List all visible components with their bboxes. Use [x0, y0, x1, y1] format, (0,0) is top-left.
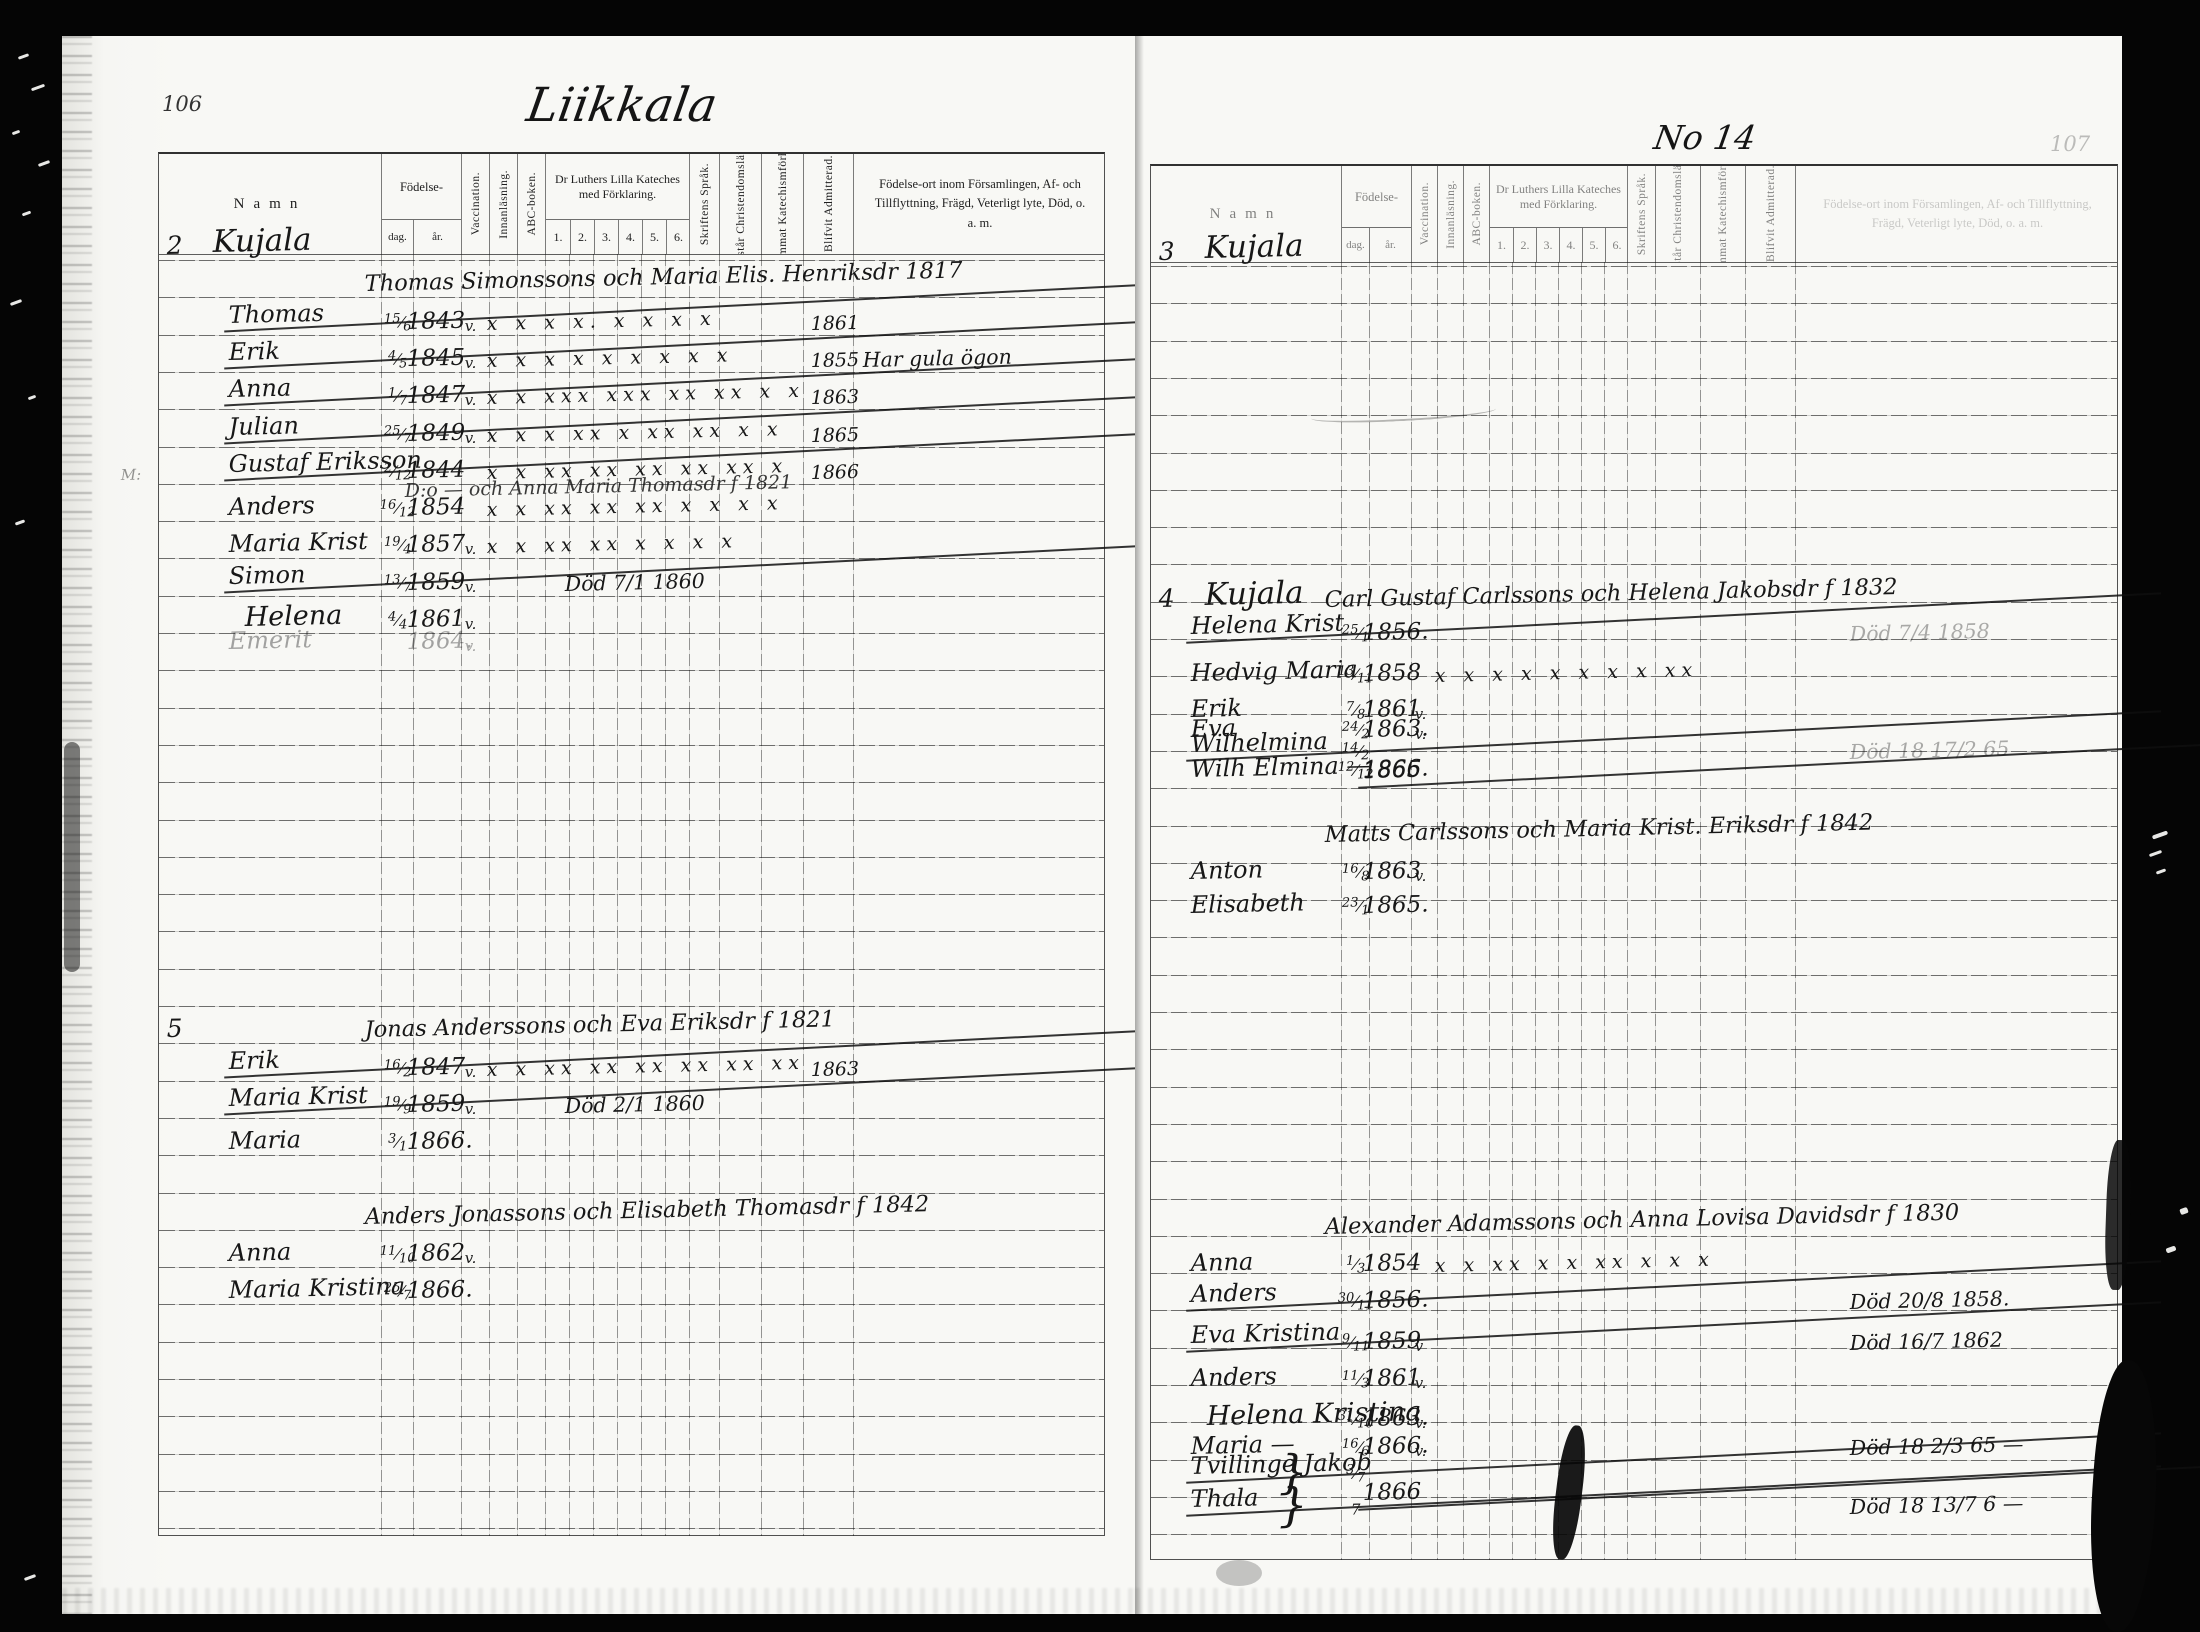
register-entry: Anders16⁄121854x x xx xx xx x x x x: [159, 488, 1104, 522]
register-entry: Anders Jonassons och Elisabeth Thomasdr …: [159, 1197, 1104, 1231]
ruled-line: [1151, 788, 2117, 789]
household-name: Kujala: [1204, 228, 1304, 266]
family-head-line: Anders Jonassons och Elisabeth Thomasdr …: [364, 1191, 929, 1230]
margin-speck: [12, 130, 21, 136]
birth-year: 1847: [406, 382, 465, 409]
entry-name: Hedvig Maria: [1190, 656, 1358, 688]
ruled-line: [1151, 1124, 2117, 1125]
ruled-line: [159, 708, 1104, 709]
household-number: 3: [1158, 237, 1175, 266]
register-entry: Elisabeth23⁄11865.: [1151, 886, 2117, 920]
margin-speck: [2156, 868, 2166, 874]
margin-speck: [22, 211, 31, 217]
vaccination-mark: v.: [465, 1249, 477, 1267]
ruled-line: [1151, 1012, 2117, 1013]
birth-day: 7: [1336, 1500, 1376, 1519]
household-number: 4: [1158, 584, 1175, 613]
ruled-line: [159, 969, 1104, 970]
ruled-line: [1151, 341, 2117, 342]
death-note: Död 2/1 1860: [564, 1091, 705, 1118]
margin-speck: [2149, 850, 2162, 857]
ruled-line: [159, 782, 1104, 783]
register-entry: Anna11⁄101862v.: [159, 1234, 1104, 1268]
ruled-line: [1151, 1161, 2117, 1162]
register-entry: 3Kujala: [1151, 233, 2117, 267]
register-entry: Hedvig Maria13⁄111858x x x x x x x x xx: [1151, 654, 2117, 688]
register-entry: Wilh Elmina —12⁄121866.: [1151, 750, 2117, 784]
ruled-line: [159, 670, 1104, 671]
entry-name: Anton: [1190, 856, 1263, 886]
birth-year: 1847: [406, 1053, 465, 1080]
birth-year: 1866.: [1362, 755, 1428, 782]
ruled-line: [159, 1528, 1104, 1529]
birth-year: 1866.: [406, 1128, 472, 1155]
birth-year: 1854: [1362, 1250, 1421, 1277]
scanned-parish-register-spread: 106 Liikkala NamnFödelse-dag.år.Vaccinat…: [0, 0, 2200, 1632]
catechism-marks: x x x x x x x x xx: [1435, 660, 1699, 688]
vaccination-mark: v.: [465, 637, 477, 655]
scan-noise: [1135, 1588, 2122, 1614]
margin-speck: [38, 160, 50, 167]
page-gutter-shadow: [1135, 36, 1144, 1614]
ruled-line: [1151, 1087, 2117, 1088]
ruled-line: [159, 1342, 1104, 1343]
birth-year: 1856.: [1362, 619, 1428, 646]
vaccination-mark: v.: [1415, 867, 1427, 885]
ruled-line: [159, 1006, 1104, 1007]
left-page-number: 106: [162, 92, 202, 116]
household-number: 2: [166, 231, 183, 260]
birth-year: 1859: [1362, 1328, 1421, 1355]
entry-name: Maria: [228, 1126, 301, 1156]
register-entry: Anton16⁄81863v.: [1151, 852, 2117, 886]
birth-year: 1854: [406, 494, 465, 521]
left-page: 106 Liikkala NamnFödelse-dag.år.Vaccinat…: [62, 36, 1135, 1614]
household-number: 5: [166, 1014, 183, 1043]
left-page-title: Liikkala: [418, 78, 827, 133]
ruled-line: [159, 1454, 1104, 1455]
margin-speck: [18, 53, 29, 60]
birth-year: 1864.: [406, 628, 472, 655]
entry-name: Anders: [1190, 1363, 1277, 1393]
household-name: Kujala: [212, 222, 312, 260]
vaccination-mark: v: [1415, 1337, 1424, 1355]
register-entry: Emerit1864.v.: [159, 622, 1104, 656]
ruled-line: [159, 1491, 1104, 1492]
entry-name: Anna: [1190, 1247, 1253, 1276]
ruled-line: [159, 745, 1104, 746]
death-note: Död 16/7 1862: [1849, 1328, 2003, 1355]
right-page-number: 107: [2050, 132, 2090, 156]
register-entry: Matts Carlssons och Maria Krist. Eriksdr…: [1151, 815, 2117, 849]
death-note: Död 18 13/7 6 —: [1849, 1491, 2023, 1519]
ruled-line: [159, 1193, 1104, 1194]
ruled-line: [159, 894, 1104, 895]
birth-year: 1865.: [1362, 891, 1428, 918]
register-entry: Maria Krist19⁄91859v.Död 2/1 1860: [159, 1085, 1104, 1119]
ruled-line: [159, 820, 1104, 821]
vaccination-mark: v.: [1415, 1374, 1427, 1392]
ruled-line: [1151, 1199, 2117, 1200]
ruled-line: [1151, 1534, 2117, 1535]
birth-year: 1859: [406, 1091, 465, 1118]
register-entry: 2Kujala: [159, 227, 1104, 261]
entry-name: Elisabeth: [1190, 888, 1305, 919]
ruled-line: [1151, 975, 2117, 976]
ruled-line: [1151, 527, 2117, 528]
register-entry: Anders11⁄31861v.: [1151, 1359, 2117, 1393]
family-head-line: Alexander Adamssons och Anna Lovisa Davi…: [1324, 1199, 1959, 1239]
vaccination-mark: v.: [465, 577, 477, 595]
entry-name: Maria Krist: [228, 527, 368, 558]
birth-year: 1845: [406, 345, 465, 372]
ink-blob: [64, 742, 80, 972]
birth-year: 1866.: [406, 1277, 472, 1304]
margin-speck: [15, 519, 25, 525]
catechism-marks: x x xx xx xx x x x x: [487, 492, 784, 521]
register-entry: Helena Krist25⁄11856.Död 7/4 1858: [1151, 613, 2117, 647]
ruled-line: [1151, 303, 2117, 304]
entry-name: Emerit: [228, 625, 312, 655]
margin-speck: [2179, 1207, 2189, 1215]
register-entry: Simon13⁄71859v.Död 7/1 1860: [159, 563, 1104, 597]
death-note: Död 7/1 1860: [564, 569, 705, 596]
ruled-line: [159, 931, 1104, 932]
ruled-line: [1151, 564, 2117, 565]
birth-year: 1857: [406, 531, 465, 558]
right-page: 107 No 14 NamnFödelse-dag.år.Vaccination…: [1135, 36, 2122, 1614]
ruled-line: [1151, 1049, 2117, 1050]
register-entry: Alexander Adamssons och Anna Lovisa Davi…: [1151, 1207, 2117, 1241]
ruled-line: [159, 1379, 1104, 1380]
ruled-line: [159, 857, 1104, 858]
household-name: Kujala: [1204, 575, 1304, 613]
family-head-line: Matts Carlssons och Maria Krist. Eriksdr…: [1324, 809, 1873, 847]
birth-year: 1843: [406, 307, 465, 334]
register-entry: Maria3⁄11866.: [159, 1122, 1104, 1156]
scan-noise: [62, 1588, 1135, 1614]
birth-year: 1861: [1362, 1365, 1421, 1392]
birth-year: 1862: [406, 1240, 465, 1267]
birth-year: 1858: [1362, 660, 1421, 687]
register-entry: }Thala7Död 18 13/7 6 —: [1151, 1486, 2117, 1520]
birth-year: 1849: [406, 419, 465, 446]
death-note: Död 7/4 1858: [1849, 619, 1990, 646]
illegible-scribble: [1311, 402, 1497, 427]
left-register-table: NamnFödelse-dag.år.Vaccination.Innanläsn…: [158, 152, 1105, 1536]
ink-blob: [1216, 1560, 1262, 1586]
birth-year: 1859: [406, 568, 465, 595]
entry-name: Anna: [228, 1238, 291, 1267]
register-entry: [1151, 393, 2117, 427]
register-entry: Maria Kristina25⁄71866.: [159, 1271, 1104, 1305]
ruled-line: [1151, 453, 2117, 454]
ruled-line: [1151, 490, 2117, 491]
birth-year: 1856.: [1362, 1287, 1428, 1314]
ruled-line: [1151, 937, 2117, 938]
right-page-title: No 14: [1602, 118, 1808, 157]
margin-speck: [24, 1574, 36, 1581]
entry-name: Anders: [228, 491, 315, 521]
birth-year: 1863: [1362, 858, 1421, 885]
right-register-table: NamnFödelse-dag.år.Vaccination.Innanläsn…: [1150, 164, 2118, 1560]
margin-speck: [2165, 1245, 2176, 1253]
margin-speck: [31, 84, 45, 92]
ruled-line: [1151, 378, 2117, 379]
margin-speck: [2152, 830, 2168, 839]
ruled-line: [159, 1416, 1104, 1417]
margin-speck: [10, 299, 22, 306]
register-entry: Eva Kristina9⁄111859vDöd 16/7 1862: [1151, 1322, 2117, 1356]
vaccination-mark: v.: [465, 1100, 477, 1118]
margin-note: M:: [121, 465, 142, 483]
margin-speck: [28, 395, 37, 401]
